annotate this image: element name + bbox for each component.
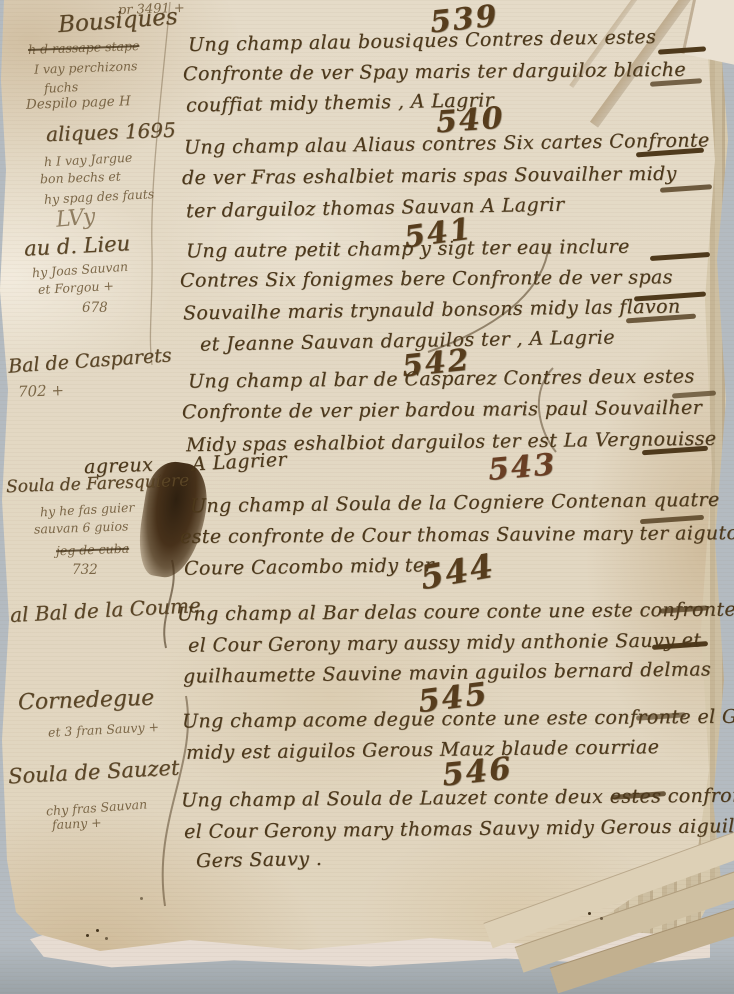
ink-speck [86,934,89,937]
margin-note: LVy [55,204,96,232]
entry-line: este confronte de Cour thomas Sauvine ma… [180,522,734,548]
entry-line: Ung autre petit champ y sigt ter eau inc… [186,236,630,263]
margin-note: fauny + [52,815,102,833]
entry-line: Confronte de ver pier bardou maris paul … [182,397,702,424]
ink-speck [105,937,108,940]
margin-title: aliques 1695 [46,118,177,147]
entry-line: Confronte de ver Spay maris ter darguilo… [183,59,686,85]
margin-note: jeg de cuba [56,541,130,559]
margin-note: fuchs [44,79,79,96]
entry-line: Coure Cacombo midy ter [184,554,434,579]
manuscript-photo: pr 3491 + Bousiques h d rassape stape I … [0,0,734,994]
margin-note: 702 + [18,381,65,401]
margin-note: 732 [72,562,98,578]
ink-speck [588,912,591,915]
ink-speck [140,897,143,900]
entry-line: Contres Six fonigmes bere Confronte de v… [180,266,673,291]
margin-title: Cornedegue [18,686,155,716]
entry-number: 543 [487,447,558,488]
margin-note: 678 [82,300,108,316]
margin-note: bon bechs et [40,169,121,187]
entry-line: Gers Sauvy . [196,848,323,872]
ink-speck [600,917,603,920]
ink-speck [96,929,99,932]
entry-line: de ver Fras eshalbiet maris spas Souvail… [182,163,677,189]
